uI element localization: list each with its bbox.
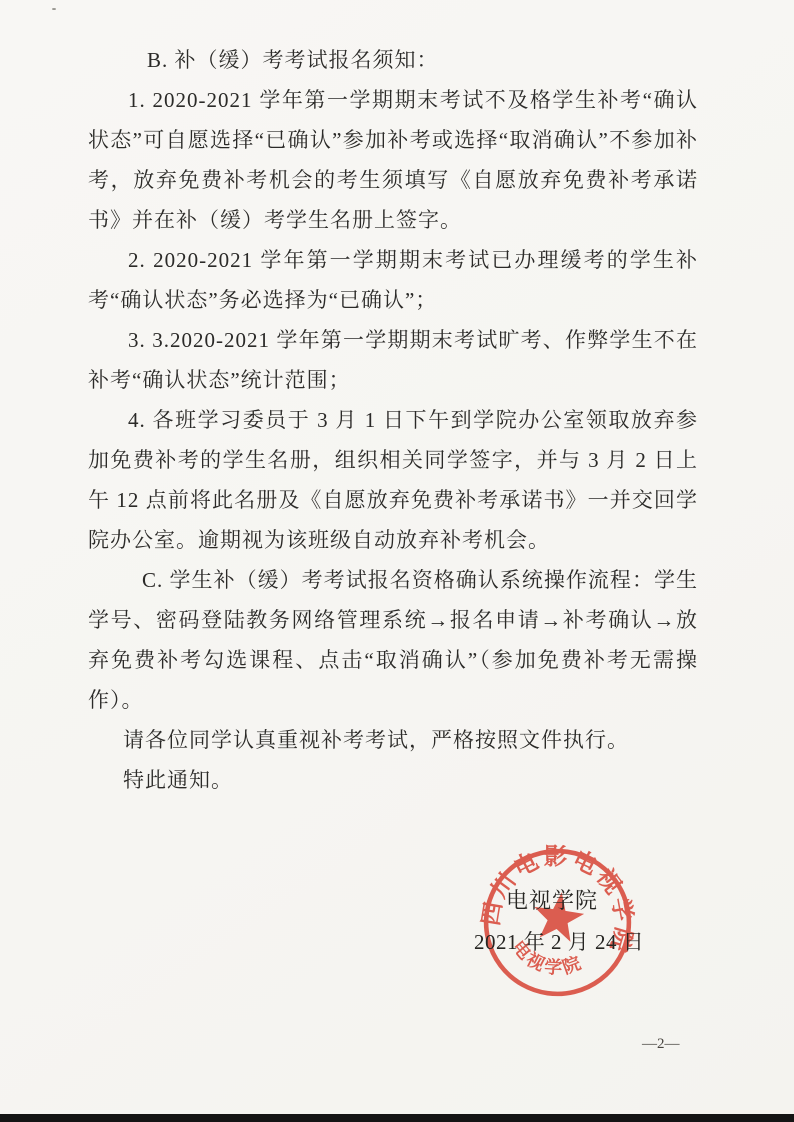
closing-paragraph: 特此通知。 [88, 760, 698, 800]
paragraph-1: 1. 2020-2021 学年第一学期期末考试不及格学生补考“确认状态”可自愿选… [88, 80, 698, 240]
paragraph-2: 2. 2020-2021 学年第一学期期末考试已办理缓考的学生补考“确认状态”务… [88, 240, 698, 320]
notice-paragraph: 请各位同学认真重视补考考试，严格按照文件执行。 [88, 720, 698, 760]
scanned-notice-page: B. 补（缓）考考试报名须知： 1. 2020-2021 学年第一学期期末考试不… [0, 0, 794, 1122]
paragraph-4: 4. 各班学习委员于 3 月 1 日下午到学院办公室领取放弃参加免费补考的学生名… [88, 400, 698, 560]
paragraph-3: 3. 3.2020-2021 学年第一学期期末考试旷考、作弊学生不在补考“确认状… [88, 320, 698, 400]
page-number: —2— [642, 1036, 680, 1053]
document-body: B. 补（缓）考考试报名须知： 1. 2020-2021 学年第一学期期末考试不… [88, 40, 698, 800]
section-c-paragraph: C. 学生补（缓）考考试报名资格确认系统操作流程：学生学号、密码登陆教务网络管理… [88, 560, 698, 720]
official-seal-stamp: 四川电影电视学院 电视学院 [470, 835, 645, 1010]
scan-bottom-edge [0, 1114, 794, 1122]
signature-issuer: 电视学院 [506, 884, 598, 915]
signature-date: 2021 年 2 月 24 日 [474, 926, 644, 956]
section-b-heading: B. 补（缓）考考试报名须知： [88, 40, 698, 80]
scan-artifact-speck [52, 8, 56, 10]
